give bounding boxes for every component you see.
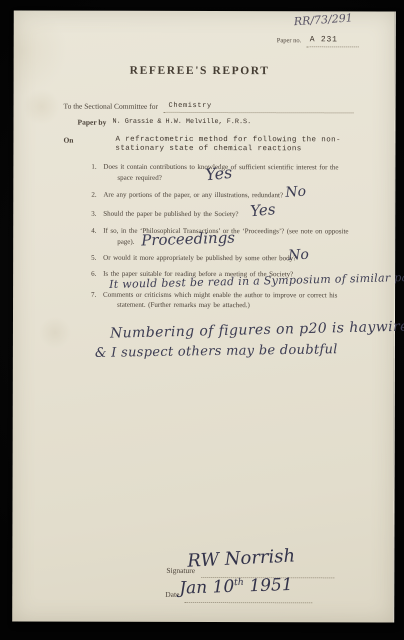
question-5-answer: No (288, 248, 309, 263)
report-title: REFEREE'S REPORT (14, 66, 386, 78)
question-1-line2: space required? (117, 175, 162, 182)
signature-value: RW Norrish (187, 547, 296, 570)
question-2-number: 2. (91, 192, 96, 199)
comments-line2: & I suspect others may be doubtful (95, 343, 338, 360)
question-4-number: 4. (91, 228, 96, 235)
date-label: Date (165, 591, 179, 599)
question-5-number: 5. (91, 255, 96, 262)
paper-by-value: N. Grassie & H.W. Melville, F.R.S. (112, 119, 251, 126)
question-1-answer: Yes (205, 165, 233, 184)
committee-dotted-line (164, 111, 354, 113)
question-2-line1: Are any portions of the paper, or any il… (103, 192, 283, 199)
comments-line1: Numbering of figures on p20 is haywire (110, 320, 404, 341)
committee-label: To the Sectional Committee for (64, 103, 158, 111)
subject-line2: stationary state of chemical reactions (115, 146, 301, 154)
paper-no-value: A 231 (310, 36, 338, 44)
photo-background: RR/73/291 Paper no. A 231 REFEREE'S REPO… (0, 0, 404, 640)
question-1-number: 1. (91, 164, 96, 171)
date-dotted-line (184, 601, 312, 603)
question-4-answer: Proceedings (141, 230, 235, 248)
date-year: 1951 (249, 575, 293, 596)
question-3-answer: Yes (250, 202, 276, 219)
committee-value: Chemistry (169, 103, 212, 110)
date-ordinal-suffix: th (234, 577, 244, 588)
paper-by-label: Paper by (77, 119, 106, 127)
question-6-number: 6. (91, 271, 96, 278)
referee-report-page: RR/73/291 Paper no. A 231 REFEREE'S REPO… (12, 11, 396, 623)
question-4-line2: page). (117, 239, 134, 246)
question-3-number: 3. (91, 211, 96, 218)
question-3-line1: Should the paper be published by the Soc… (103, 211, 238, 218)
question-5-line1: Or would it more appropriately be publis… (103, 255, 296, 263)
question-2-answer: No (285, 185, 307, 200)
date-day: Jan 10 (179, 577, 235, 599)
paper-no-label: Paper no. (277, 38, 302, 45)
question-7-number: 7. (91, 292, 96, 299)
archive-reference: RR/73/291 (293, 12, 353, 27)
subject-line1: A refractometric method for following th… (115, 137, 340, 145)
paper-no-dotted-line (307, 45, 359, 47)
subject-label: On (63, 137, 73, 145)
question-7-line2: statement. (Further remarks may be attac… (117, 302, 250, 309)
question-7-line1: Comments or criticisms which might enabl… (103, 292, 337, 300)
date-value: Jan 10th 1951 (179, 576, 293, 597)
